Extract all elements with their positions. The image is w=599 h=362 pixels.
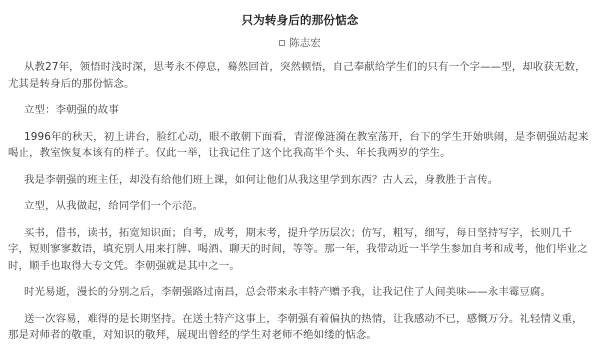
paragraph: 我是李朝强的班主任，却没有给他们班上课，如何让他们从我这里学到东西？古人云，身教… [8,172,592,189]
section-heading: 立型：李朝强的故事 [8,102,592,119]
article: 只为转身后的那份惦念 陈志宏 从教27年，领悟时浅时深，思考永不停息，蓦然回首，… [8,0,592,344]
article-author: 陈志宏 [8,36,592,50]
paragraph: 时光易逝，漫长的分别之后，李朝强路过南昌，总会带来永丰特产赠予我，让我记住了人间… [8,284,592,301]
paragraph: 买书，借书，读书，拓宽知识面；自考，成考，期末考，提升学历层次；仿写，粗写，细写… [8,225,592,275]
square-icon [279,40,285,46]
paragraph: 立型，从我做起，给同学们一个示范。 [8,198,592,215]
author-name: 陈志宏 [289,37,321,49]
paragraph: 送一次容易，难得的是长期坚持。在送土特产这事上，李朝强有着偏执的热情，让我感动不… [8,311,592,344]
paragraph: 1996年的秋天，初上讲台，脸红心动，眼不敢朝下面看，青涩像涟漪在教室荡开，台下… [8,129,592,162]
paragraph: 从教27年，领悟时浅时深，思考永不停息，蓦然回首，突然顿悟，自己奉献给学生们的只… [8,59,592,92]
article-title: 只为转身后的那份惦念 [8,12,592,28]
